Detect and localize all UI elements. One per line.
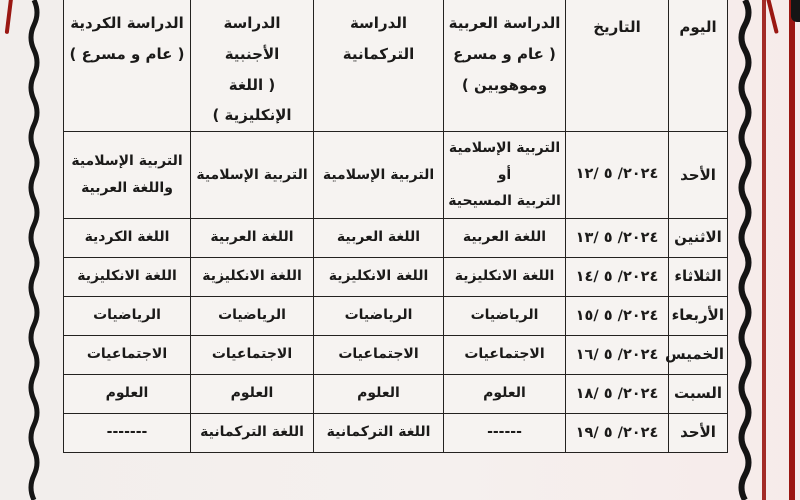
day-cell: الاثنين [669, 219, 728, 258]
date-value: ٢٠٢٤/ ٥ /١٦ [576, 347, 659, 363]
subject-cell-kurdish: الرياضيات [64, 297, 191, 336]
subject-cell-kurdish: ------- [64, 414, 191, 453]
table-header-row: اليوم التاريخ الدراسة العربية ( عام و مس… [64, 0, 728, 132]
subject-cell-turkmen: اللغة التركمانية [314, 414, 444, 453]
table-row-wednesday: الأربعاء ٢٠٢٤/ ٥ /١٥ الرياضيات الرياضيات… [64, 297, 728, 336]
table-row-sunday-1: الأحد ٢٠٢٤/ ٥ /١٢ التربية الإسلامية أو ا… [64, 132, 728, 219]
top-left-red-mark-decoration [5, 0, 14, 34]
subject-cell-english: العلوم [191, 375, 314, 414]
subject-cell-english: اللغة الانكليزية [191, 258, 314, 297]
subject-cell-turkmen: الرياضيات [314, 297, 444, 336]
left-wavy-border-decoration [27, 0, 41, 500]
date-value: ٢٠٢٤/ ٥ /١٥ [576, 308, 659, 324]
day-cell: الأربعاء [669, 297, 728, 336]
subject-cell-english: التربية الإسلامية [191, 132, 314, 219]
date-value: ٢٠٢٤/ ٥ /١٢ [576, 166, 659, 182]
col-header-kurdish-study: الدراسة الكردية ( عام و مسرع ) [64, 0, 191, 132]
day-cell: الأحد [669, 414, 728, 453]
scanned-page: اليوم التاريخ الدراسة العربية ( عام و مس… [0, 0, 800, 500]
subject-cell-turkmen: العلوم [314, 375, 444, 414]
subject-cell-arabic: ------ [444, 414, 566, 453]
date-cell: ٢٠٢٤/ ٥ /١٣ [566, 219, 669, 258]
day-cell: الثلاثاء [669, 258, 728, 297]
subject-cell-kurdish: اللغة الكردية [64, 219, 191, 258]
day-cell: الأحد [669, 132, 728, 219]
subject-cell-english: اللغة العربية [191, 219, 314, 258]
subject-cell-turkmen: الاجتماعيات [314, 336, 444, 375]
date-cell: ٢٠٢٤/ ٥ /١٢ [566, 132, 669, 219]
date-value: ٢٠٢٤/ ٥ /١٤ [576, 269, 659, 285]
date-cell: ٢٠٢٤/ ٥ /١٦ [566, 336, 669, 375]
date-cell: ٢٠٢٤/ ٥ /١٤ [566, 258, 669, 297]
table-row-saturday: السبت ٢٠٢٤/ ٥ /١٨ العلوم العلوم العلوم ا… [64, 375, 728, 414]
date-value: ٢٠٢٤/ ٥ /١٩ [576, 425, 659, 441]
top-right-red-mark-decoration [765, 0, 779, 34]
subject-cell-kurdish: العلوم [64, 375, 191, 414]
subject-cell-arabic: الرياضيات [444, 297, 566, 336]
subject-cell-arabic: الاجتماعيات [444, 336, 566, 375]
subject-cell-english: الاجتماعيات [191, 336, 314, 375]
right-wavy-border-decoration [737, 0, 753, 500]
subject-cell-kurdish: التربية الإسلامية واللغة العربية [64, 132, 191, 219]
day-cell: السبت [669, 375, 728, 414]
subject-cell-turkmen: التربية الإسلامية [314, 132, 444, 219]
date-cell: ٢٠٢٤/ ٥ /١٩ [566, 414, 669, 453]
subject-cell-turkmen: اللغة العربية [314, 219, 444, 258]
subject-cell-english: الرياضيات [191, 297, 314, 336]
col-header-foreign-study-english: الدراسة الأجنبية ( اللغة الإنكليزية ) [191, 0, 314, 132]
col-header-turkmen-study: الدراسة التركمانية [314, 0, 444, 132]
subject-cell-kurdish: الاجتماعيات [64, 336, 191, 375]
top-right-black-corner-mark [791, 0, 800, 22]
subject-cell-arabic: التربية الإسلامية أو التربية المسيحية [444, 132, 566, 219]
table-row-sunday-2: الأحد ٢٠٢٤/ ٥ /١٩ ------ اللغة التركماني… [64, 414, 728, 453]
date-value: ٢٠٢٤/ ٥ /١٨ [576, 386, 659, 402]
right-red-line-decoration [762, 0, 766, 500]
col-header-day: اليوم [669, 0, 728, 132]
table-row-monday: الاثنين ٢٠٢٤/ ٥ /١٣ اللغة العربية اللغة … [64, 219, 728, 258]
table-row-tuesday: الثلاثاء ٢٠٢٤/ ٥ /١٤ اللغة الانكليزية ال… [64, 258, 728, 297]
subject-cell-arabic: العلوم [444, 375, 566, 414]
date-cell: ٢٠٢٤/ ٥ /١٨ [566, 375, 669, 414]
date-value: ٢٠٢٤/ ٥ /١٣ [576, 230, 659, 246]
subject-cell-english: اللغة التركمانية [191, 414, 314, 453]
col-header-date: التاريخ [566, 0, 669, 132]
date-cell: ٢٠٢٤/ ٥ /١٥ [566, 297, 669, 336]
subject-cell-arabic: اللغة الانكليزية [444, 258, 566, 297]
right-edge-red-stripe-decoration [789, 0, 795, 500]
subject-cell-arabic: اللغة العربية [444, 219, 566, 258]
subject-cell-kurdish: اللغة الانكليزية [64, 258, 191, 297]
subject-cell-turkmen: اللغة الانكليزية [314, 258, 444, 297]
col-header-arabic-study: الدراسة العربية ( عام و مسرع وموهوبين ) [444, 0, 566, 132]
exam-schedule-table: اليوم التاريخ الدراسة العربية ( عام و مس… [63, 0, 728, 453]
table-row-thursday: الخميس ٢٠٢٤/ ٥ /١٦ الاجتماعيات الاجتماعي… [64, 336, 728, 375]
day-cell: الخميس [669, 336, 728, 375]
